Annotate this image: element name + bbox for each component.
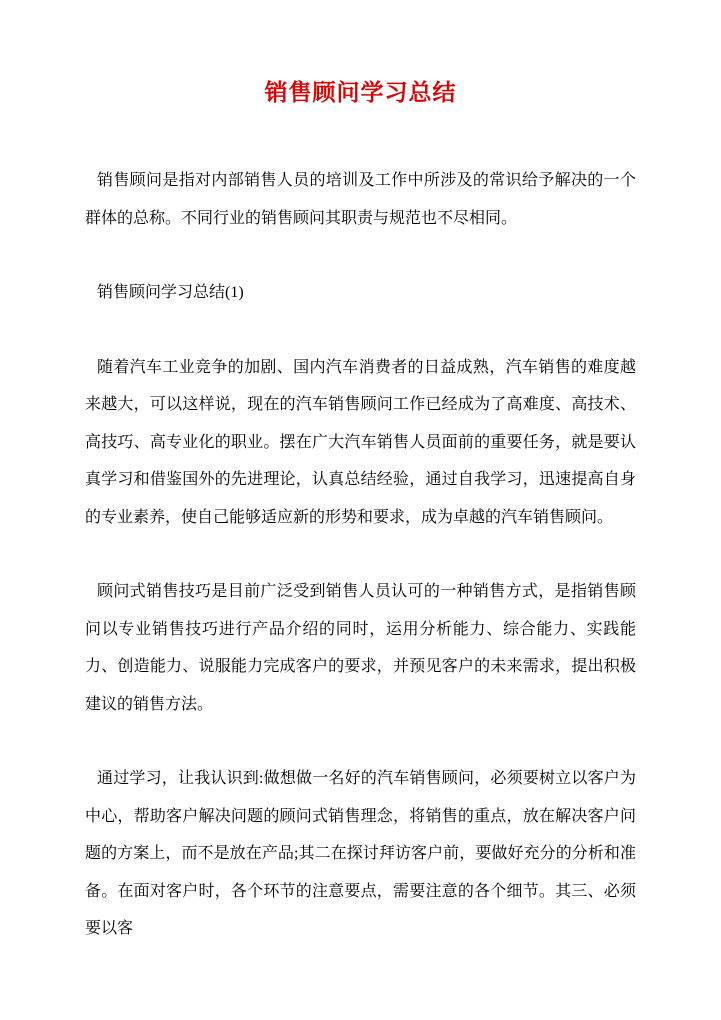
paragraph: 随着汽车工业竞争的加剧、国内汽车消费者的日益成熟，汽车销售的难度越来越大，可以这… (85, 349, 636, 537)
paragraph: 顾问式销售技巧是目前广泛受到销售人员认可的一种销售方式，是指销售顾问以专业销售技… (85, 573, 636, 723)
document-page: 销售顾问学习总结 销售顾问是指对内部销售人员的培训及工作中所涉及的常识给予解决的… (0, 0, 721, 1020)
intro-paragraph: 销售顾问是指对内部销售人员的培训及工作中所涉及的常识给予解决的一个群体的总称。不… (85, 162, 636, 237)
section-heading: 销售顾问学习总结(1) (85, 274, 636, 312)
paragraph: 通过学习，让我认识到:做想做一名好的汽车销售顾问，必须要树立以客户为中心，帮助客… (85, 760, 636, 948)
document-title: 销售顾问学习总结 (85, 76, 636, 109)
